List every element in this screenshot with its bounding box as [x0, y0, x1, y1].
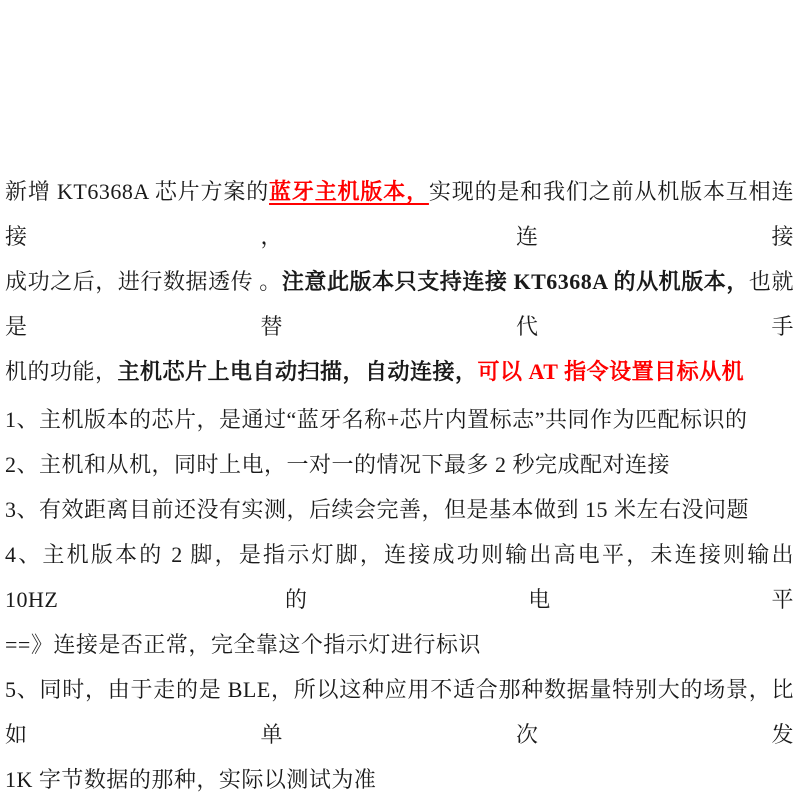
list-item-5-line1-text: 5、同时，由于走的是 BLE，所以这种应用不适合那种数据量特别大的场景，比如单次…: [5, 677, 794, 747]
list-item-3: 3、有效距离目前还没有实测，后续会完善，但是基本做到 15 米左右没问题: [5, 487, 794, 532]
intro-line1-red-highlight: 蓝牙主机版本，: [269, 179, 429, 204]
list-item-2: 2、主机和从机，同时上电，一对一的情况下最多 2 秒完成配对连接: [5, 442, 794, 487]
list-item-4-line2-text: ==》连接是否正常，完全靠这个指示灯进行标识: [5, 632, 481, 657]
list-item-4-line-2: ==》连接是否正常，完全靠这个指示灯进行标识: [5, 622, 794, 667]
intro-line3-red-highlight: 可以 AT 指令设置目标从机: [478, 359, 745, 384]
list-item-2-text: 2、主机和从机，同时上电，一对一的情况下最多 2 秒完成配对连接: [5, 452, 670, 477]
list-item-4-line1-text: 4、主机版本的 2 脚，是指示灯脚，连接成功则输出高电平，未连接则输出 10HZ…: [5, 542, 794, 612]
list-item-1-text: 1、主机版本的芯片，是通过“蓝牙名称+芯片内置标志”共同作为匹配标识的: [5, 407, 747, 432]
list-item-5-line-2: 1K 字节数据的那种，实际以测试为准: [5, 757, 794, 800]
document-page: 新增 KT6368A 芯片方案的蓝牙主机版本，实现的是和我们之前从机版本互相连接…: [0, 0, 800, 800]
intro-line-3: 机的功能，主机芯片上电自动扫描，自动连接，可以 AT 指令设置目标从机: [5, 349, 794, 394]
intro-line-2: 成功之后，进行数据透传 。注意此版本只支持连接 KT6368A 的从机版本，也就…: [5, 259, 794, 349]
intro-line1-lead-text: 新增 KT6368A 芯片方案的: [5, 179, 269, 204]
list-item-5-line2-text: 1K 字节数据的那种，实际以测试为准: [5, 767, 376, 792]
intro-line3-bold-text: 主机芯片上电自动扫描，自动连接，: [118, 359, 478, 384]
list-item-3-text: 3、有效距离目前还没有实测，后续会完善，但是基本做到 15 米左右没问题: [5, 497, 749, 522]
list-item-1: 1、主机版本的芯片，是通过“蓝牙名称+芯片内置标志”共同作为匹配标识的: [5, 397, 794, 442]
intro-line2-bold-notice: 注意此版本只支持连接 KT6368A 的从机版本，: [282, 269, 749, 294]
list-item-4-line-1: 4、主机版本的 2 脚，是指示灯脚，连接成功则输出高电平，未连接则输出 10HZ…: [5, 532, 794, 622]
intro-line-1: 新增 KT6368A 芯片方案的蓝牙主机版本，实现的是和我们之前从机版本互相连接…: [5, 169, 794, 259]
list-item-5-line-1: 5、同时，由于走的是 BLE，所以这种应用不适合那种数据量特别大的场景，比如单次…: [5, 667, 794, 757]
intro-line3-lead-text: 机的功能，: [5, 359, 118, 384]
intro-line2-lead-text: 成功之后，进行数据透传 。: [5, 269, 282, 294]
